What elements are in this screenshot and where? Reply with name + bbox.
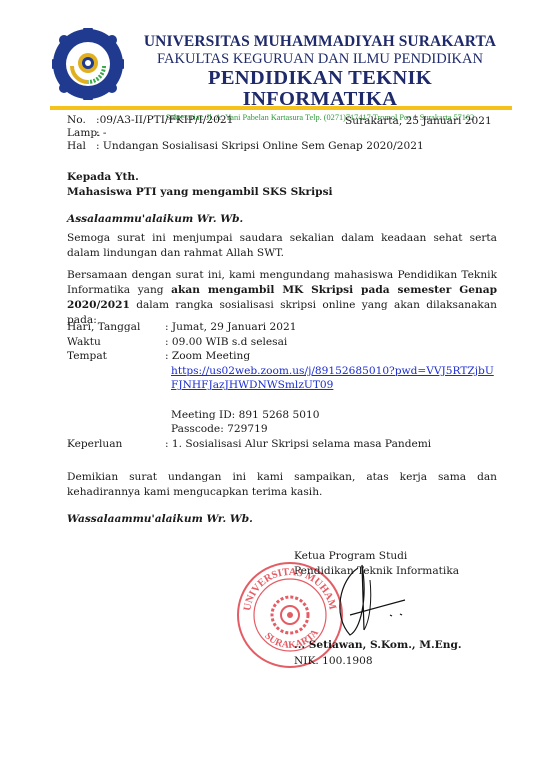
number-value: :09/A3-II/PTI/FKIP/I/2021 [96,114,233,127]
purpose-value: : 1. Sosialisasi Alur Skripsi selama mas… [165,437,507,452]
university-logo-icon [52,28,124,100]
paragraph-1: Semoga surat ini menjumpai saudara sekal… [67,231,497,261]
attachment-value: : - [96,127,107,140]
paragraph-2: Bersamaan dengan surat ini, kami mengund… [67,268,497,328]
faculty-name: FAKULTAS KEGURUAN DAN ILMU PENDIDIKAN [130,51,510,67]
handwritten-signature-icon [320,560,420,640]
university-name: UNIVERSITAS MUHAMMADIYAH SURAKARTA [130,34,510,50]
meeting-id: Meeting ID: 891 5268 5010 [165,408,507,423]
day-value: : Jumat, 29 Januari 2021 [165,320,507,335]
purpose-label: Keperluan [67,437,165,452]
place-date: Surakarta, 25 Januari 2021 [345,114,492,128]
subject-value: : Undangan Sosialisasi Skripsi Online Se… [96,140,424,153]
time-value: : 09.00 WIB s.d selesai [165,335,507,350]
signatory-nik: NIK. 100.1908 [294,654,373,669]
subject-label: Hal [67,140,96,153]
attachment-label: Lamp. [67,127,96,140]
number-label: No. [67,114,96,127]
passcode: Passcode: 729719 [165,422,507,437]
event-details: Hari, Tanggal: Jumat, 29 Januari 2021 Wa… [67,320,507,451]
greeting: Assalaammu'alaikum Wr. Wb. [67,212,243,226]
closing-paragraph: Demikian surat undangan ini kami sampaik… [67,470,497,500]
signatory-name: ... Setiawan, S.Kom., M.Eng. [294,638,462,653]
zoom-meeting-link[interactable]: https://us02web.zoom.us/j/89152685010?pw… [171,365,494,392]
farewell: Wassalaammu'alaikum Wr. Wb. [67,512,253,526]
place-value: : Zoom Meeting [165,349,507,364]
recipient-line-2: Mahasiswa PTI yang mengambil SKS Skripsi [67,185,333,200]
letter-page: UNIVERSITAS MUHAMMADIYAH SURAKARTA FAKUL… [0,0,550,777]
recipient-line-1: Kepada Yth. [67,170,333,185]
day-label: Hari, Tanggal [67,320,165,335]
program-name: PENDIDIKAN TEKNIK INFORMATIKA [130,68,510,110]
place-label: Tempat [67,349,165,364]
recipient: Kepada Yth. Mahasiswa PTI yang mengambil… [67,170,333,200]
letterhead-divider [50,106,512,110]
time-label: Waktu [67,335,165,350]
